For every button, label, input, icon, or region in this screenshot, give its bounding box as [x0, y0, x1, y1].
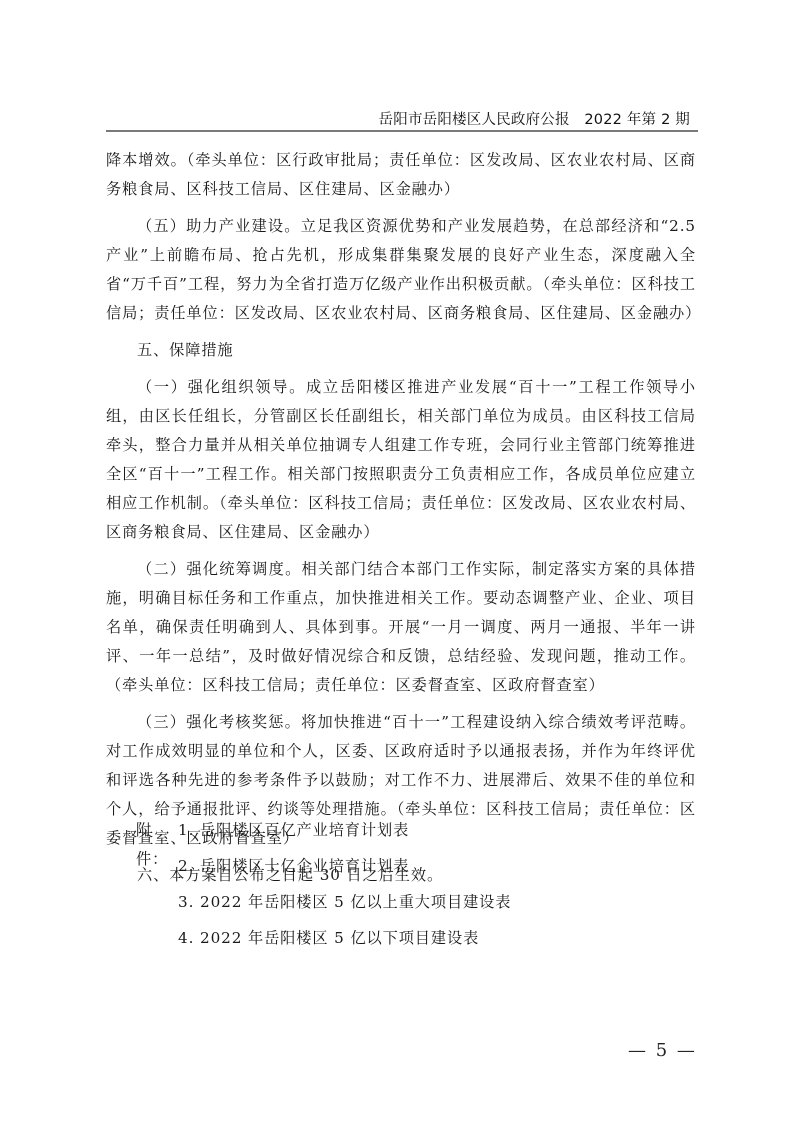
page-number: — 5 — [628, 1040, 697, 1061]
paragraph-industry-building: （五）助力产业建设。立足我区资源优势和产业发展趋势，在总部经济和“2.5 产业”… [106, 212, 696, 328]
paragraph-organization-leadership: （一）强化组织领导。成立岳阳楼区推进产业发展“百十一”工程工作领导小组，由区长任… [106, 373, 696, 547]
attachment-item: 3. 2022 年岳阳楼区 5 亿以上重大项目建设表 [136, 888, 511, 924]
paragraph-coordination-scheduling: （二）强化统筹调度。相关部门结合本部门工作实际，制定落实方案的具体措施，明确目标… [106, 555, 696, 700]
section-heading-safeguards: 五、保障措施 [106, 336, 696, 365]
gazette-title: 岳阳市岳阳楼区人民政府公报 2022 年第 2 期 [379, 108, 690, 129]
attachment-title: 3. 2022 年岳阳楼区 5 亿以上重大项目建设表 [178, 888, 511, 924]
page-header: 岳阳市岳阳楼区人民政府公报 2022 年第 2 期 [106, 106, 698, 132]
attachment-title: 1. 岳阳楼区百亿产业培育计划表 [178, 816, 409, 852]
paragraph-continuation: 降本增效。（牵头单位：区行政审批局；责任单位：区发改局、区农业农村局、区商务粮食… [106, 146, 696, 204]
attachments-label: 附件： [136, 816, 178, 852]
attachment-item: 4. 2022 年岳阳楼区 5 亿以下项目建设表 [136, 924, 511, 960]
attachments-list: 附件： 1. 岳阳楼区百亿产业培育计划表 2. 岳阳楼区十亿企业培育计划表 3.… [136, 816, 511, 960]
attachment-title: 2. 岳阳楼区十亿企业培育计划表 [178, 852, 409, 888]
attachment-title: 4. 2022 年岳阳楼区 5 亿以下项目建设表 [178, 924, 479, 960]
document-body: 降本增效。（牵头单位：区行政审批局；责任单位：区发改局、区农业农村局、区商务粮食… [106, 146, 696, 898]
attachment-item: 2. 岳阳楼区十亿企业培育计划表 [136, 852, 511, 888]
attachment-item: 附件： 1. 岳阳楼区百亿产业培育计划表 [136, 816, 511, 852]
